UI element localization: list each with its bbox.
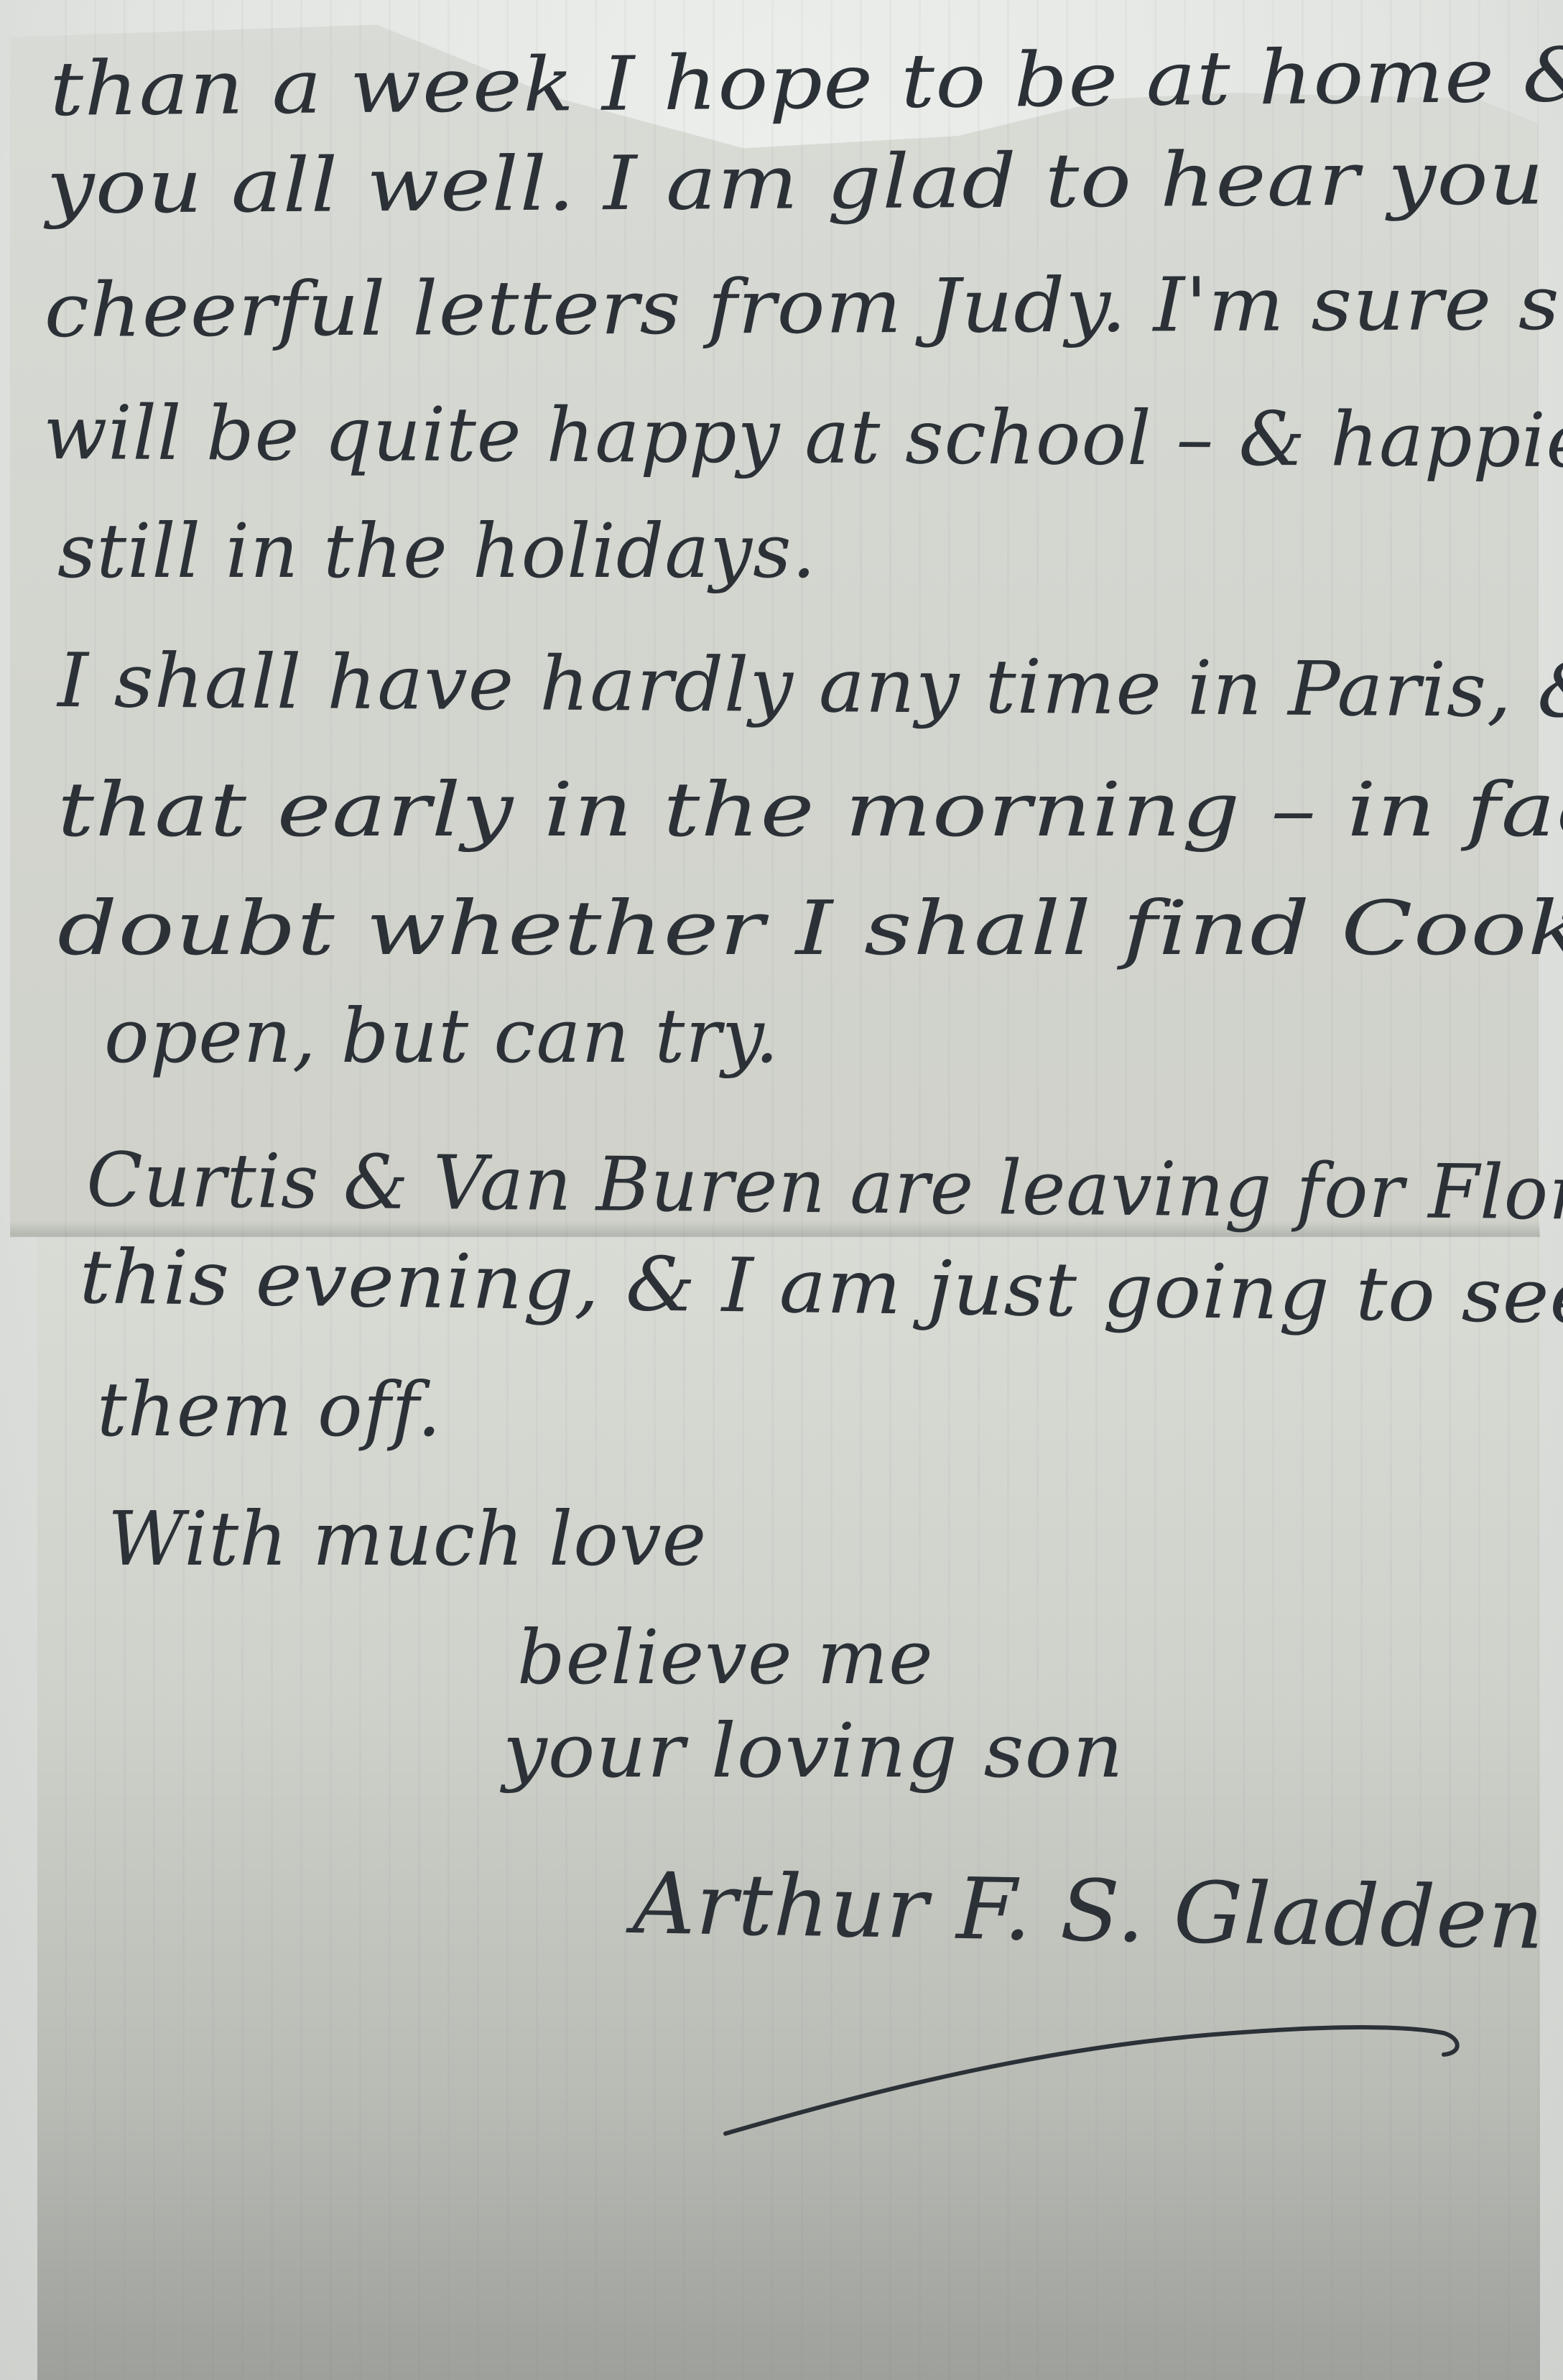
signature-flourish [711,2019,1487,2141]
letter-line: I shall have hardly any time in Paris, & [57,643,1563,728]
closing-line: believe me [517,1620,934,1695]
letter-line: them off. [97,1372,442,1447]
letter-line: open, but can try. [104,999,779,1073]
closing-salutation: With much love [108,1501,707,1576]
letter-line: cheerful letters from Judy. I'm sure she [44,265,1563,348]
letter-line: will be quite happy at school – & happie… [43,395,1563,478]
letter-line: than a week I hope to be at home & to fi… [50,34,1563,126]
closing-line: your loving son [503,1713,1124,1788]
signature: Arthur F. S. Gladden [632,1861,1545,1961]
letter-line: you all well. I am glad to hear you have [46,139,1563,224]
letter-line: Curtis & Van Buren are leaving for Flore… [86,1142,1563,1232]
letter-page: than a week I hope to be at home & to fi… [0,0,1563,2380]
letter-line: this evening, & I am just going to see [79,1239,1563,1334]
letter-line: doubt whether I shall find Cook's [57,891,1563,966]
letter-line: that early in the morning – in fact I [57,772,1563,847]
letter-line: still in the holidays. [57,514,817,588]
